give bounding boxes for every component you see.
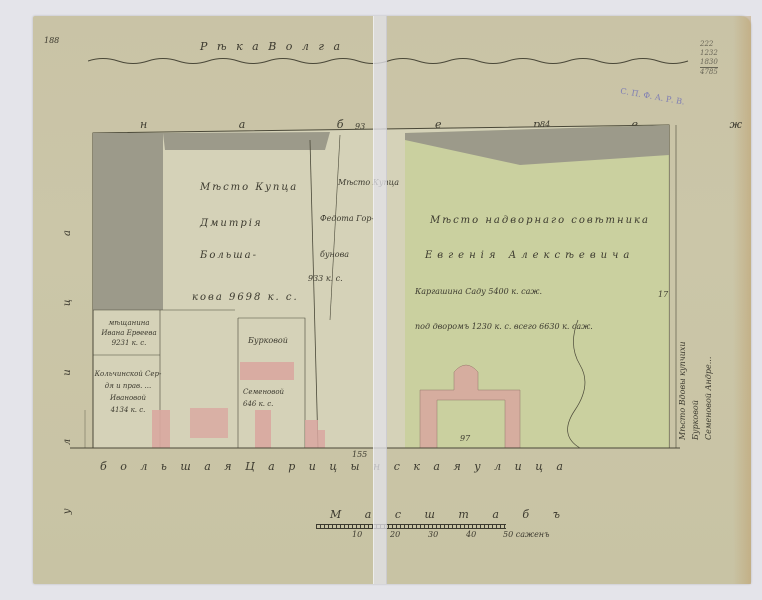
dimension-mark: 84 [540,120,550,129]
dimension-mark: 155 [352,450,367,459]
plot-small-2-label: Семеновой 646 к. с. [243,386,284,410]
repair-tape-strip [373,16,387,584]
dimension-mark: 17 [658,290,668,299]
scale-bar [316,524,506,529]
left-street-label: у л и ц а [62,200,73,514]
plot-left-bottom-label: Кольчинской Сер- дя и прав. ... Ивановой… [93,368,163,416]
plot-small-1-label: Бурковой [248,336,288,345]
plot-left-top-label: мѣщанина Ивана Ерѳеева 9231 к. с. [98,318,160,348]
dimension-mark: 93 [355,122,365,131]
bottom-street-label: б о л ь ш а я Ц а р и ц ы н с к а я у л … [100,460,568,473]
scale-title: М а с ш т а б ъ [330,508,570,521]
dimension-mark: 97 [460,434,470,443]
right-margin-label: Мѣсто Вдовы купчихи Бурковой Семеновой А… [678,160,713,440]
